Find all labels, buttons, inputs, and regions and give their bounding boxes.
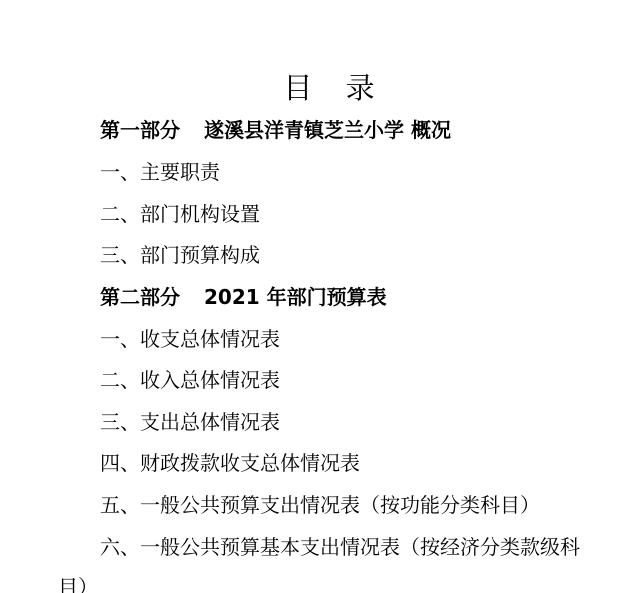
toc-item-2-6-wrap: 目） [58,574,98,593]
page-title: 目 录 [0,70,644,106]
toc-item-1-2: 二、部门机构设置 [100,201,260,227]
toc-item-2-6: 六、一般公共预算基本支出情况表（按经济分类款级科 [100,534,580,560]
part2-heading: 第二部分2021 年部门预算表 [100,284,387,310]
toc-item-2-2: 二、收入总体情况表 [100,367,280,393]
toc-item-2-1: 一、收支总体情况表 [100,326,280,352]
toc-item-2-5: 五、一般公共预算支出情况表（按功能分类科目） [100,492,540,518]
part2-label: 第二部分 [100,285,180,309]
part1-label: 第一部分 [100,118,180,142]
part2-text: 2021 年部门预算表 [204,285,387,309]
document-page: 目 录 第一部分遂溪县洋青镇芝兰小学 概况 一、主要职责 二、部门机构设置 三、… [0,0,644,593]
toc-item-1-1: 一、主要职责 [100,159,220,185]
toc-item-2-4: 四、财政拨款收支总体情况表 [100,450,360,476]
part1-heading: 第一部分遂溪县洋青镇芝兰小学 概况 [100,117,451,143]
toc-item-1-3: 三、部门预算构成 [100,242,260,268]
part1-text: 遂溪县洋青镇芝兰小学 概况 [204,118,451,142]
toc-item-2-3: 三、支出总体情况表 [100,409,280,435]
